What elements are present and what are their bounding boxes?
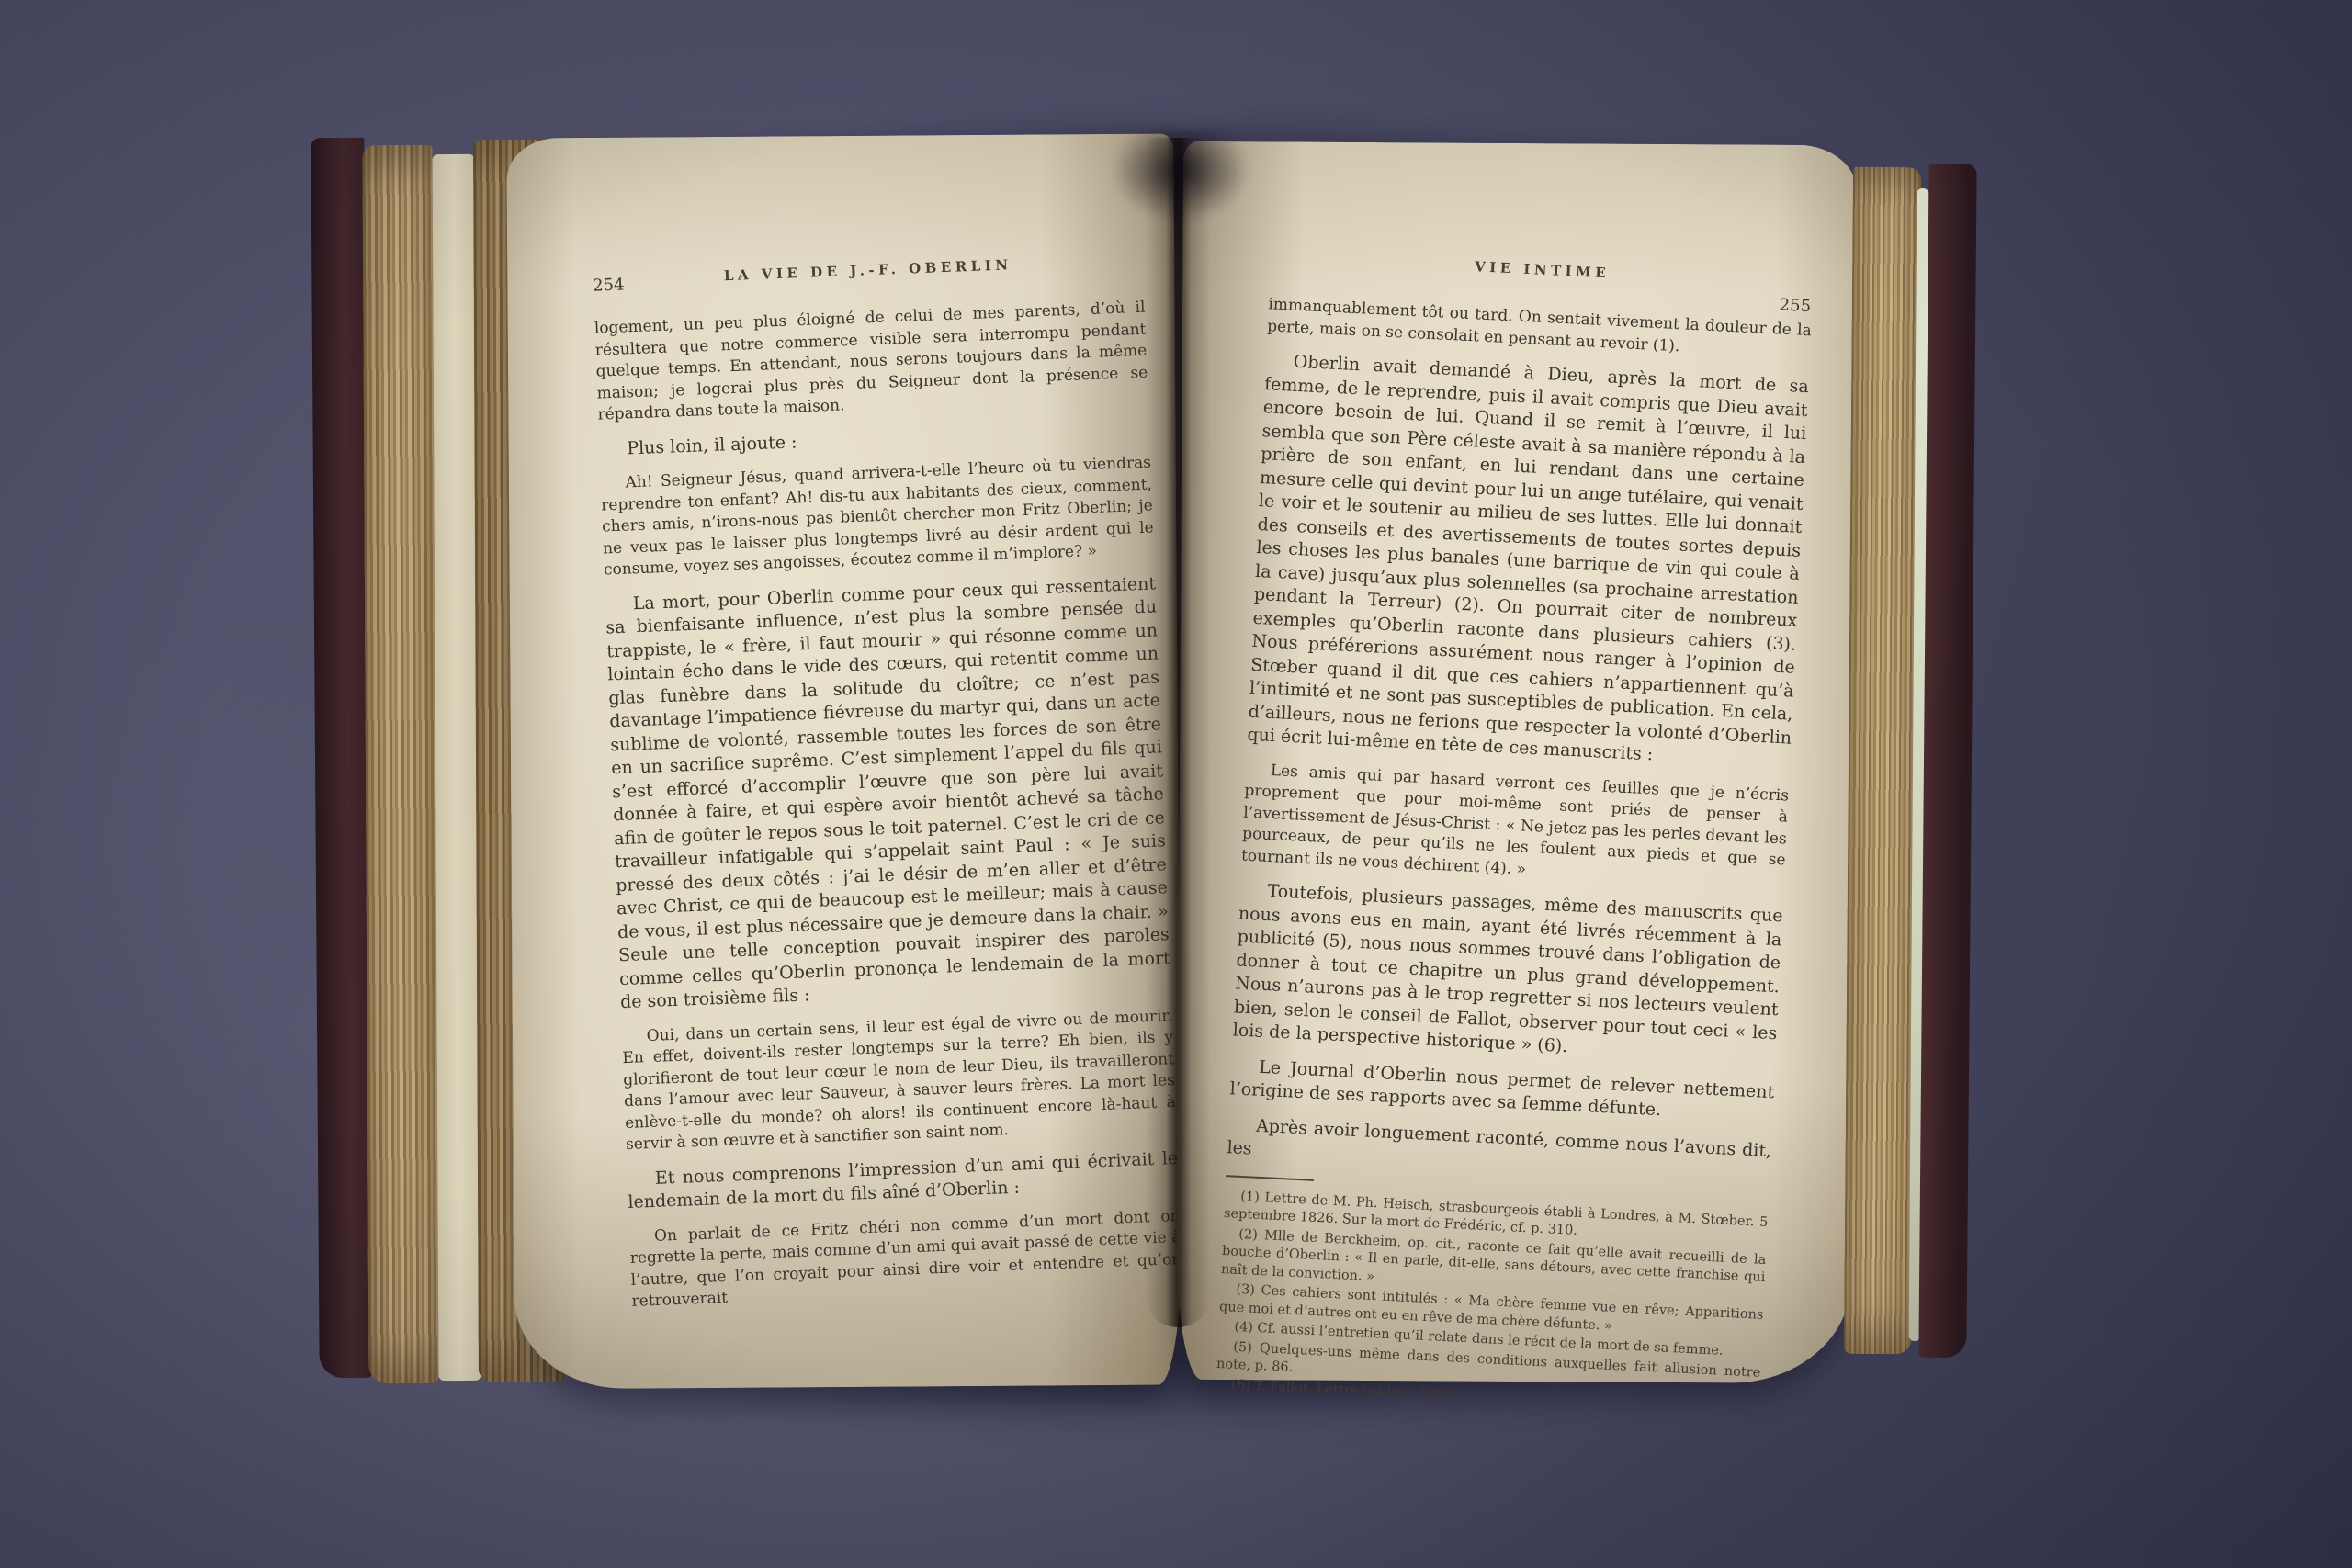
- paragraph: Oui, dans un certain sens, il leur est é…: [621, 1006, 1177, 1156]
- paragraph: Après avoir longuement raconté, comme no…: [1227, 1113, 1772, 1187]
- left-page-header: 254 LA VIE DE J.-F. OBERLIN: [593, 252, 1145, 304]
- right-page: VIE INTIME 255 immanquablement tôt ou ta…: [1176, 141, 1858, 1383]
- paragraph: logement, un peu plus éloigné de celui d…: [594, 298, 1148, 426]
- right-page-number: 255: [1779, 295, 1811, 316]
- left-page: 254 LA VIE DE J.-F. OBERLIN logement, un…: [506, 133, 1182, 1389]
- open-book: 254 LA VIE DE J.-F. OBERLIN logement, un…: [0, 0, 2352, 1568]
- left-page-number: 254: [593, 275, 625, 295]
- paragraph: On parlait de ce Fritz chéri non comme d…: [628, 1205, 1182, 1313]
- paragraph: Oberlin avait demandé à Dieu, après la m…: [1247, 349, 1809, 773]
- left-running-head: LA VIE DE J.-F. OBERLIN: [593, 252, 1144, 289]
- footnote-rule: [1226, 1175, 1314, 1181]
- left-page-text-block: 254 LA VIE DE J.-F. OBERLIN logement, un…: [593, 252, 1184, 1325]
- paragraph: Ah! Seigneur Jésus, quand arrivera-t-ell…: [600, 453, 1155, 581]
- right-running-head: VIE INTIME: [1271, 248, 1815, 291]
- paragraph: Et nous comprenons l’impression d’un ami…: [627, 1146, 1180, 1214]
- gutter-shadow: [1145, 138, 1211, 1327]
- gutter-top-shadow: [1084, 129, 1277, 248]
- photo-of-open-book: 254 LA VIE DE J.-F. OBERLIN logement, un…: [0, 0, 2352, 1568]
- right-page-text-block: VIE INTIME 255 immanquablement tôt ou ta…: [1215, 248, 1814, 1421]
- paragraph: La mort, pour Oberlin comme pour ceux qu…: [605, 572, 1171, 1015]
- left-page-stack-outer: [362, 145, 438, 1383]
- paragraph: Les amis qui par hasard verront ces feui…: [1240, 759, 1789, 893]
- book-cover-right-edge: [1918, 164, 1976, 1358]
- paragraph: Toutefois, plusieurs passages, même des …: [1232, 879, 1783, 1069]
